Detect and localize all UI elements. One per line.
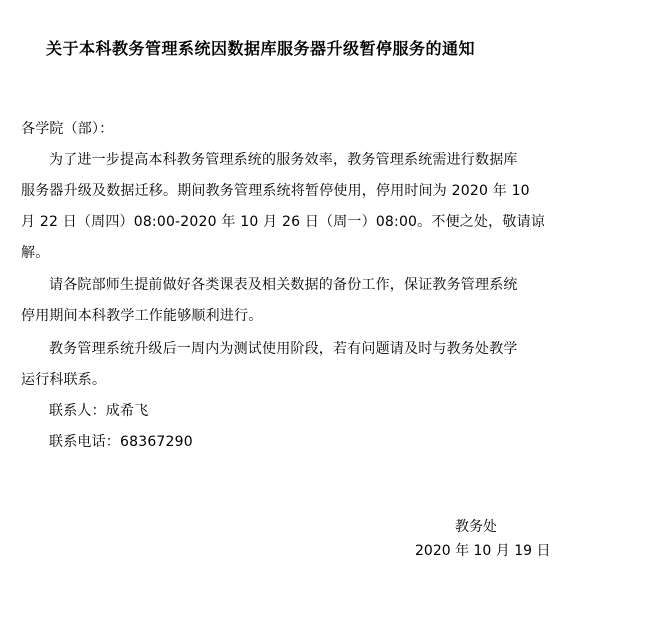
signature-office: 教务处: [455, 516, 497, 536]
body-line: 解。: [21, 242, 49, 262]
body-line: 请各院部师生提前做好各类课表及相关数据的备份工作，保证教务管理系统: [49, 274, 518, 294]
contact-phone: 联系电话：68367290: [49, 431, 193, 451]
body-line: 为了进一步提高本科教务管理系统的服务效率，教务管理系统需进行数据库: [49, 149, 518, 169]
salutation: 各学院（部）：: [21, 118, 113, 138]
notice-title: 关于本科教务管理系统因数据库服务器升级暂停服务的通知: [46, 36, 475, 59]
body-line: 服务器升级及数据迁移。期间教务管理系统将暂停使用，停用时间为 2020 年 10: [21, 180, 530, 200]
body-line: 运行科联系。: [21, 369, 106, 389]
body-line: 教务管理系统升级后一周内为测试使用阶段，若有问题请及时与教务处教学: [49, 338, 518, 358]
body-line: 月 22 日（周四）08:00-2020 年 10 月 26 日（周一）08:0…: [21, 211, 545, 231]
signature-date: 2020 年 10 月 19 日: [415, 540, 551, 560]
contact-person: 联系人：成希飞: [49, 400, 148, 420]
body-line: 停用期间本科教学工作能够顺利进行。: [21, 305, 262, 325]
